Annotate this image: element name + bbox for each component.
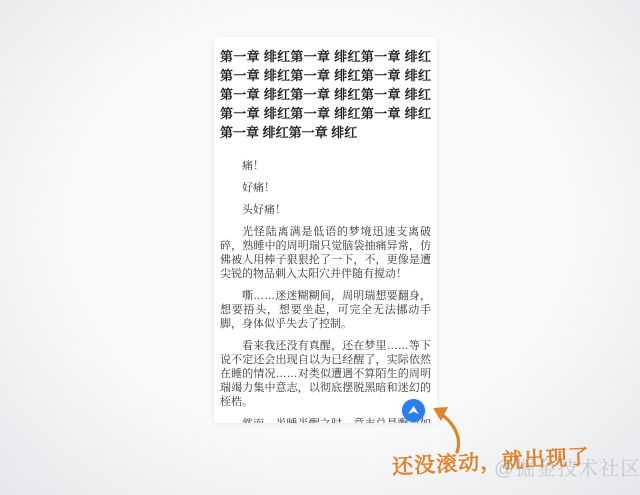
paragraph: 好痛！: [220, 181, 431, 195]
paragraph: 光怪陆离满是低语的梦境迅速支离破碎，熟睡中的周明瑞只觉脑袋抽痛异常，仿佛被人用棒…: [220, 225, 431, 281]
paragraph: 然而，半睡半醒之时，意志总是飘忽如云，难以控制，难以收束，任凭怎么努力，都无法真…: [220, 417, 431, 423]
watermark: @掘金技术社区: [494, 452, 640, 481]
page-background: { "colors": { "page_bg": "#f3f4f6", "acc…: [0, 0, 640, 495]
paragraph: 嘶……迷迷糊糊间，周明瑞想要翻身，想要捂头，想要坐起，可完全无法挪动手脚，身体似…: [220, 289, 431, 331]
reader-card: 第一章 绯红第一章 绯红第一章 绯红第一章 绯红第一章 绯红第一章 绯红第一章 …: [214, 37, 437, 423]
reader-content: 第一章 绯红第一章 绯红第一章 绯红第一章 绯红第一章 绯红第一章 绯红第一章 …: [214, 37, 437, 423]
paragraph: 看来我还没有真醒，还在梦里……等下说不定还会出现自以为已经醒了，实际依然在睡的情…: [220, 339, 431, 409]
back-to-top-button[interactable]: [402, 399, 425, 422]
chapter-title: 第一章 绯红第一章 绯红第一章 绯红第一章 绯红第一章 绯红第一章 绯红第一章 …: [220, 47, 431, 142]
paragraph: 头好痛！: [220, 203, 431, 217]
arrow-up-icon: [406, 403, 421, 418]
paragraph: 痛！: [220, 159, 431, 173]
chapter-body: 痛！ 好痛！ 头好痛！ 光怪陆离满是低语的梦境迅速支离破碎，熟睡中的周明瑞只觉脑…: [220, 159, 431, 423]
